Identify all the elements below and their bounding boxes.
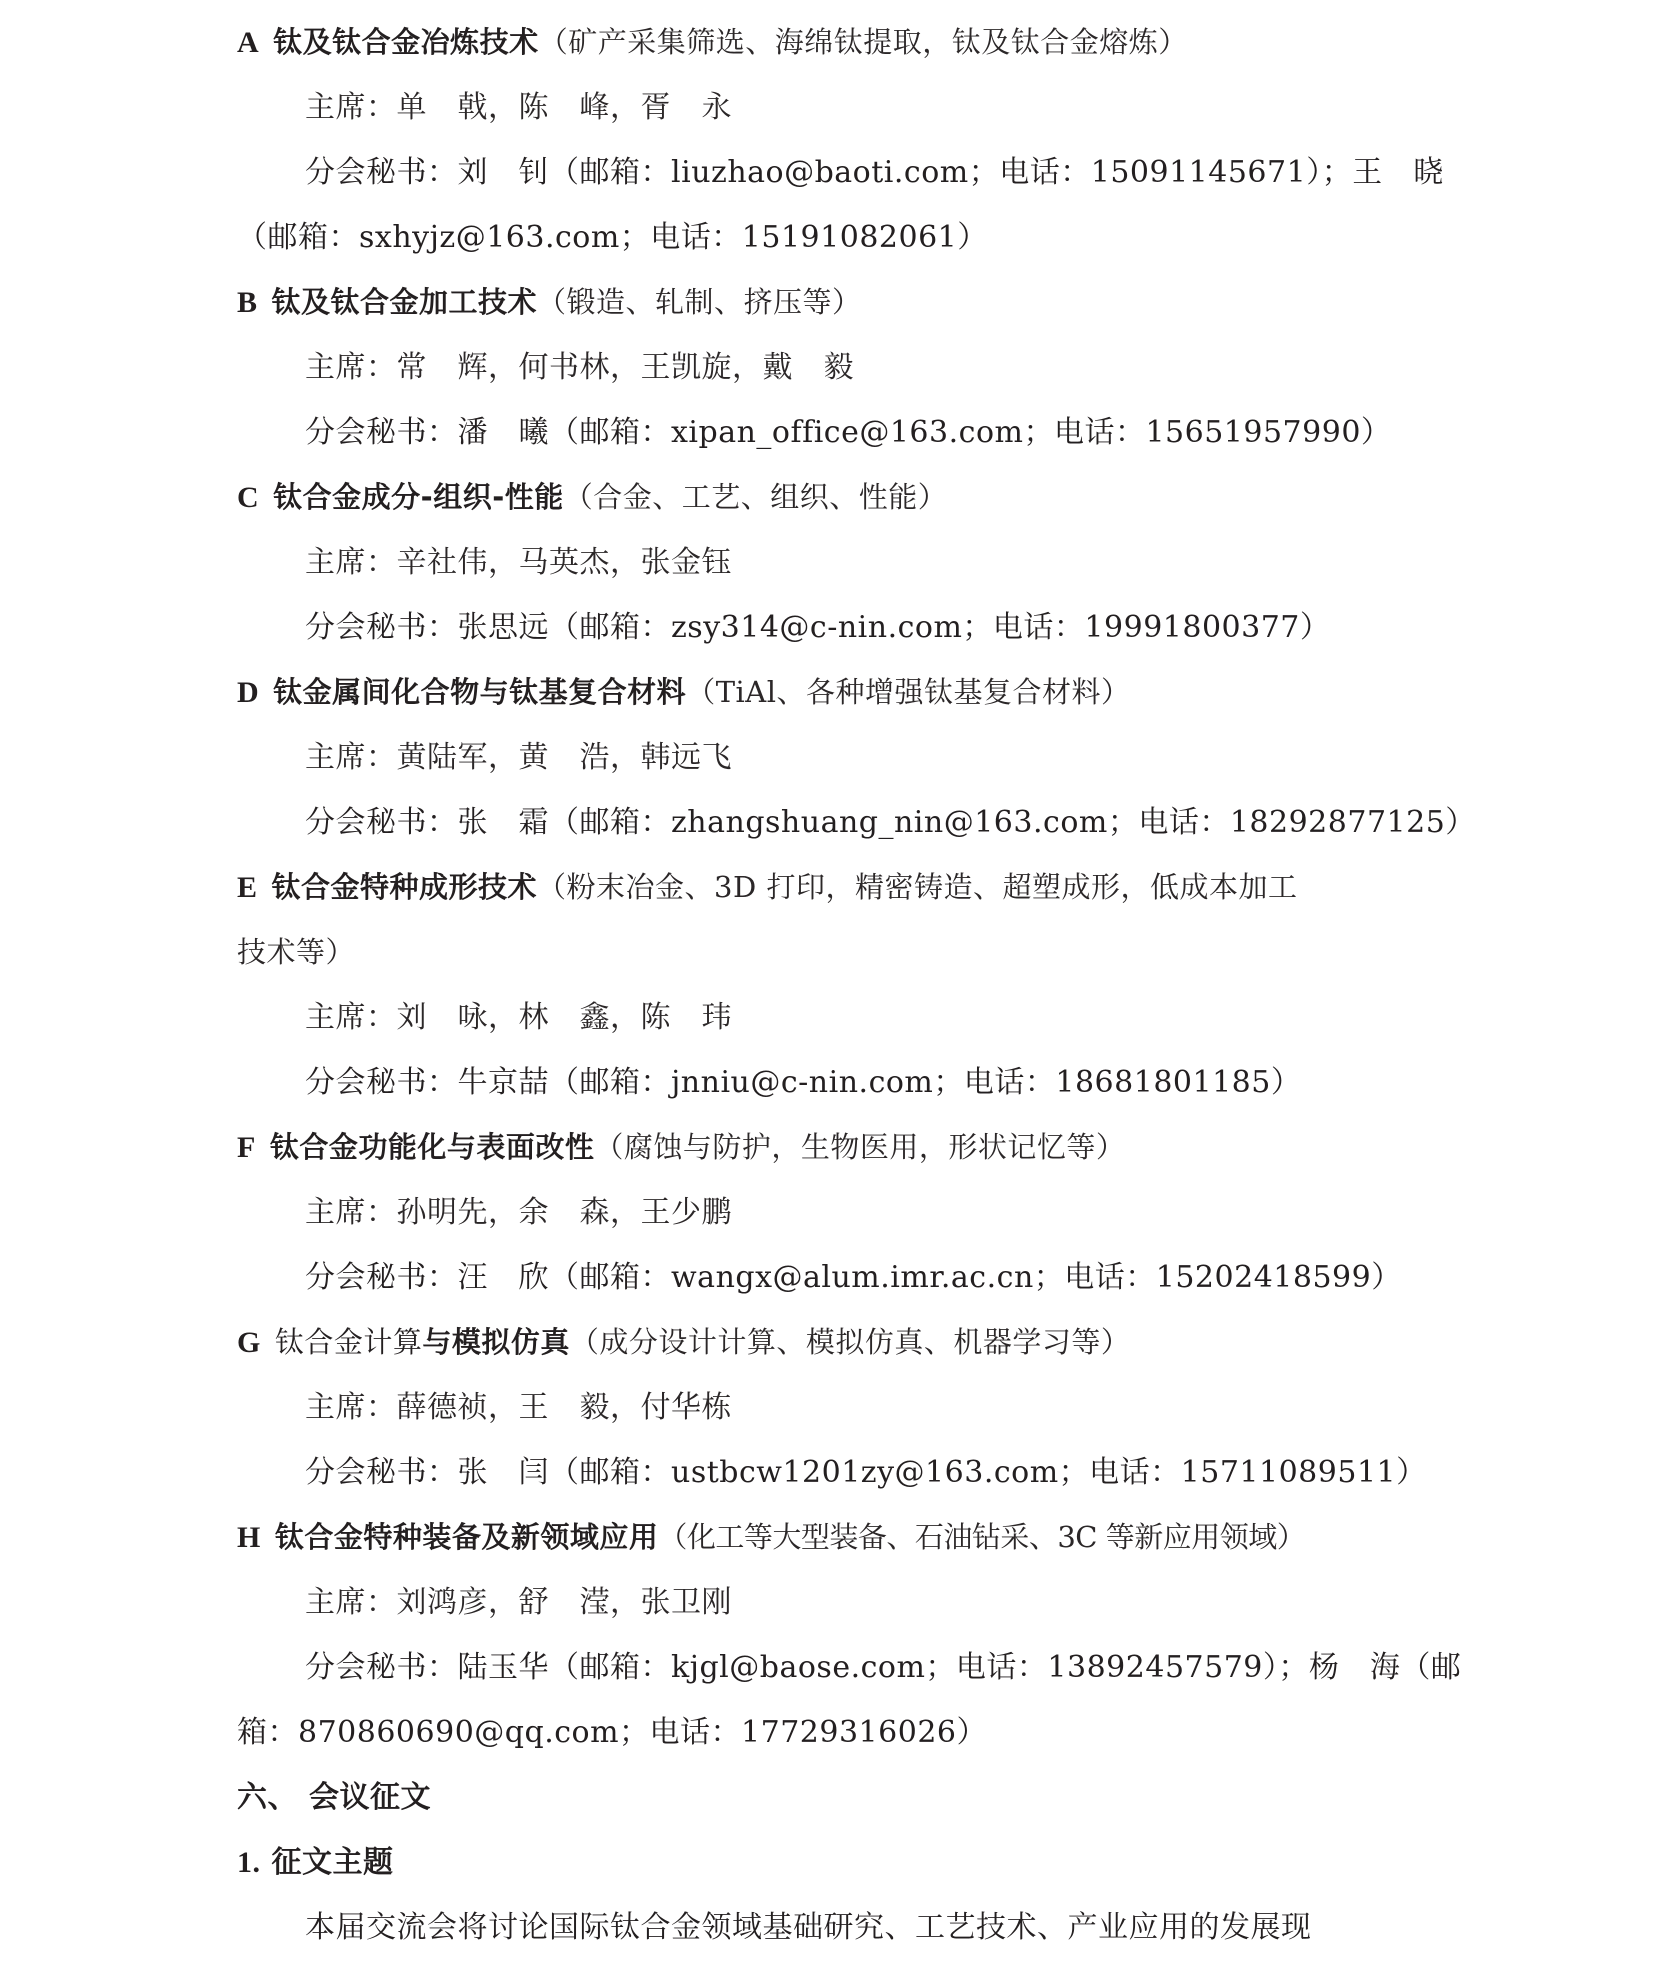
session-heading: E钛合金特种成形技术（粉末冶金、3D 打印，精密铸造、超塑成形，低成本加工 <box>237 855 1427 920</box>
chair-label: 主席： <box>305 350 397 385</box>
chair-label: 主席： <box>305 1390 397 1425</box>
chair-label: 主席： <box>305 90 397 125</box>
chairs-line: 主席：辛社伟，马英杰，张金钰 <box>237 530 1427 595</box>
session-title: 钛及钛合金冶炼技术 <box>273 25 539 59</box>
session-letter: E <box>237 871 258 904</box>
session-letter: F <box>237 1131 256 1164</box>
chair-names: 辛社伟，马英杰，张金钰 <box>397 545 733 580</box>
session-letter: C <box>237 481 259 514</box>
chair-names: 刘 咏，林 鑫，陈 玮 <box>397 1000 733 1035</box>
chairs-line: 主席：刘 咏，林 鑫，陈 玮 <box>237 985 1427 1050</box>
session-description: （腐蚀与防护，生物医用，形状记忆等） <box>594 1130 1125 1164</box>
session-title: 钛合金特种成形技术 <box>272 870 538 904</box>
chair-names: 刘鸿彦，舒 滢，张卫刚 <box>397 1585 733 1620</box>
session-title: 钛合金特种装备及新领域应用 <box>275 1520 659 1554</box>
document-page: A钛及钛合金冶炼技术（矿产采集筛选、海绵钛提取，钛及钛合金熔炼） 主席：单 戟，… <box>0 0 1427 1960</box>
session-description: （TiAl、各种增强钛基复合材料） <box>686 675 1130 709</box>
secretary-line: 分会秘书：张 霜（邮箱：zhangshuang_nin@163.com；电话：1… <box>237 790 1427 855</box>
session-title-part1: 钛合金计算 <box>275 1325 423 1359</box>
session-description: （合金、工艺、组织、性能） <box>564 480 948 514</box>
session-heading: B钛及钛合金加工技术（锻造、轧制、挤压等） <box>237 270 1427 335</box>
chair-names: 常 辉，何书林，王凯旋，戴 毅 <box>397 350 855 385</box>
secretary-line: 分会秘书：张思远（邮箱：zsy314@c-nin.com；电话：19991800… <box>237 595 1427 660</box>
session-g: G钛合金计算与模拟仿真（成分设计计算、模拟仿真、机器学习等） 主席：薛德祯，王 … <box>237 1310 1427 1505</box>
session-letter: A <box>237 26 259 59</box>
chair-label: 主席： <box>305 545 397 580</box>
session-c: C钛合金成分-组织-性能（合金、工艺、组织、性能） 主席：辛社伟，马英杰，张金钰… <box>237 465 1427 660</box>
session-heading: C钛合金成分-组织-性能（合金、工艺、组织、性能） <box>237 465 1427 530</box>
chairs-line: 主席：刘鸿彦，舒 滢，张卫刚 <box>237 1570 1427 1635</box>
session-letter: G <box>237 1326 261 1359</box>
chair-names: 黄陆军，黄 浩，韩远飞 <box>397 740 733 775</box>
chair-label: 主席： <box>305 1585 397 1620</box>
session-title: 钛合金功能化与表面改性 <box>270 1130 595 1164</box>
session-description: （矿产采集筛选、海绵钛提取，钛及钛合金熔炼） <box>539 25 1188 59</box>
session-title: 钛合金成分-组织-性能 <box>273 480 564 514</box>
session-letter: H <box>237 1521 261 1554</box>
session-letter: D <box>237 676 259 709</box>
chair-names: 薛德祯，王 毅，付华栋 <box>397 1390 733 1425</box>
chair-label: 主席： <box>305 1195 397 1230</box>
chair-label: 主席： <box>305 1000 397 1035</box>
secretary-line: 分会秘书：牛京喆（邮箱：jnniu@c-nin.com；电话：186818011… <box>237 1050 1427 1115</box>
session-description: （成分设计计算、模拟仿真、机器学习等） <box>570 1325 1131 1359</box>
session-e: E钛合金特种成形技术（粉末冶金、3D 打印，精密铸造、超塑成形，低成本加工 技术… <box>237 855 1427 1115</box>
subsection-number: 1. <box>237 1846 261 1879</box>
session-title-part2: 与模拟仿真 <box>422 1325 570 1359</box>
session-heading: H钛合金特种装备及新领域应用（化工等大型装备、石油钻采、3C 等新应用领域） <box>237 1505 1427 1570</box>
chair-names: 单 戟，陈 峰，胥 永 <box>397 90 733 125</box>
secretary-line: 分会秘书：潘 曦（邮箱：xipan_office@163.com；电话：1565… <box>237 400 1427 465</box>
body-paragraph: 本届交流会将讨论国际钛合金领域基础研究、工艺技术、产业应用的发展现 <box>237 1895 1427 1960</box>
section-heading: 六、 会议征文 <box>237 1765 1427 1830</box>
session-heading: A钛及钛合金冶炼技术（矿产采集筛选、海绵钛提取，钛及钛合金熔炼） <box>237 10 1427 75</box>
subsection-heading: 1. 征文主题 <box>237 1830 1427 1895</box>
secretary-line: 分会秘书：刘 钊（邮箱：liuzhao@baoti.com；电话：1509114… <box>237 140 1427 205</box>
session-description-line2: 技术等） <box>237 935 355 969</box>
session-heading: F钛合金功能化与表面改性（腐蚀与防护，生物医用，形状记忆等） <box>237 1115 1427 1180</box>
secretary-line: 分会秘书：陆玉华（邮箱：kjgl@baose.com；电话：1389245757… <box>237 1635 1427 1700</box>
session-description: （粉末冶金、3D 打印，精密铸造、超塑成形，低成本加工 <box>537 870 1297 904</box>
session-h: H钛合金特种装备及新领域应用（化工等大型装备、石油钻采、3C 等新应用领域） 主… <box>237 1505 1427 1765</box>
chairs-line: 主席：黄陆军，黄 浩，韩远飞 <box>237 725 1427 790</box>
session-d: D钛金属间化合物与钛基复合材料（TiAl、各种增强钛基复合材料） 主席：黄陆军，… <box>237 660 1427 855</box>
session-f: F钛合金功能化与表面改性（腐蚀与防护，生物医用，形状记忆等） 主席：孙明先，余 … <box>237 1115 1427 1310</box>
chairs-line: 主席：常 辉，何书林，王凯旋，戴 毅 <box>237 335 1427 400</box>
secretary-line-continued: 箱：870860690@qq.com；电话：17729316026） <box>237 1700 1427 1765</box>
secretary-line-continued: （邮箱：sxhyjz@163.com；电话：15191082061） <box>237 205 1427 270</box>
session-a: A钛及钛合金冶炼技术（矿产采集筛选、海绵钛提取，钛及钛合金熔炼） 主席：单 戟，… <box>237 10 1427 270</box>
session-heading: G钛合金计算与模拟仿真（成分设计计算、模拟仿真、机器学习等） <box>237 1310 1427 1375</box>
secretary-line: 分会秘书：张 闫（邮箱：ustbcw1201zy@163.com；电话：1571… <box>237 1440 1427 1505</box>
subsection-title: 征文主题 <box>271 1845 393 1880</box>
chair-names: 孙明先，余 森，王少鹏 <box>397 1195 733 1230</box>
session-b: B钛及钛合金加工技术（锻造、轧制、挤压等） 主席：常 辉，何书林，王凯旋，戴 毅… <box>237 270 1427 465</box>
session-description: （锻造、轧制、挤压等） <box>537 285 862 319</box>
section-call-for-papers: 六、 会议征文 1. 征文主题 本届交流会将讨论国际钛合金领域基础研究、工艺技术… <box>237 1765 1427 1960</box>
session-description-continued: 技术等） <box>237 920 1427 985</box>
chairs-line: 主席：薛德祯，王 毅，付华栋 <box>237 1375 1427 1440</box>
session-letter: B <box>237 286 258 319</box>
session-title: 钛金属间化合物与钛基复合材料 <box>273 675 686 709</box>
chairs-line: 主席：单 戟，陈 峰，胥 永 <box>237 75 1427 140</box>
session-heading: D钛金属间化合物与钛基复合材料（TiAl、各种增强钛基复合材料） <box>237 660 1427 725</box>
session-title: 钛及钛合金加工技术 <box>272 285 538 319</box>
session-description: （化工等大型装备、石油钻采、3C 等新应用领域） <box>658 1520 1305 1554</box>
chair-label: 主席： <box>305 740 397 775</box>
chairs-line: 主席：孙明先，余 森，王少鹏 <box>237 1180 1427 1245</box>
secretary-line: 分会秘书：汪 欣（邮箱：wangx@alum.imr.ac.cn；电话：1520… <box>237 1245 1427 1310</box>
